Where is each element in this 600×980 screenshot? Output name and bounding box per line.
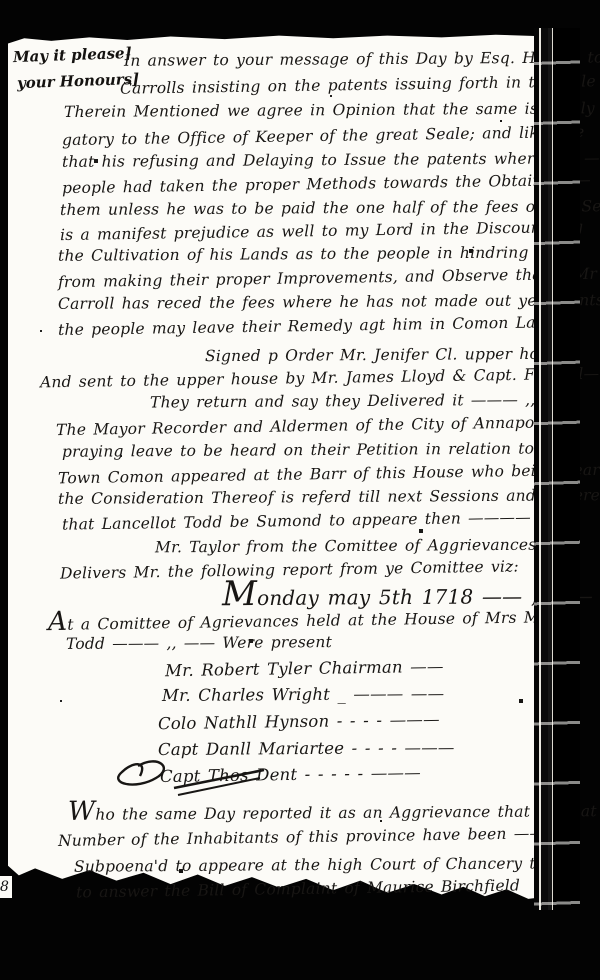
page-number-fragment: 8 — [0, 876, 12, 898]
manuscript-line: them unless he was to be paid the one ha… — [60, 197, 600, 219]
manuscript-line: Signed p Order Mr. Jenifer Cl. upper ho. — [205, 345, 544, 365]
committee-member: Mr. Charles Wright _ ——— —— — [162, 684, 444, 705]
manuscript-scan: May it please] your Honours] In answer t… — [0, 0, 600, 980]
pen-flourish — [78, 758, 268, 804]
manuscript-line: Subpoena'd to appeare at the high Court … — [74, 854, 558, 875]
manuscript-line: In answer to your message of this Day by… — [124, 48, 600, 70]
manuscript-line: praying leave to be heard on their Petit… — [62, 439, 567, 461]
manuscript-line: Todd ——— ,, —— Were present — [66, 633, 332, 653]
manuscript-line: the Cultivation of his Lands as to the p… — [58, 243, 577, 265]
manuscript-line: Therein Mentioned we agree in Opinion th… — [64, 99, 600, 121]
manuscript-line: They return and say they Delivered it ——… — [150, 391, 574, 412]
binding-edge — [534, 28, 580, 910]
manuscript-line: Mr. Taylor from the Comittee of Aggrieva… — [155, 536, 549, 557]
scan-specks — [0, 0, 2, 2]
manuscript-line: to answer the Bill of Complaint of Mauri… — [76, 877, 520, 902]
committee-member: Capt Danll Mariartee - - - - ——— — [158, 738, 455, 759]
manuscript-line: Carroll has reced the fees where he has … — [58, 291, 600, 313]
manuscript-line: the Consideration Thereof is referd till… — [58, 486, 600, 508]
manuscript-line: that his refusing and Delaying to Issue … — [62, 149, 600, 171]
